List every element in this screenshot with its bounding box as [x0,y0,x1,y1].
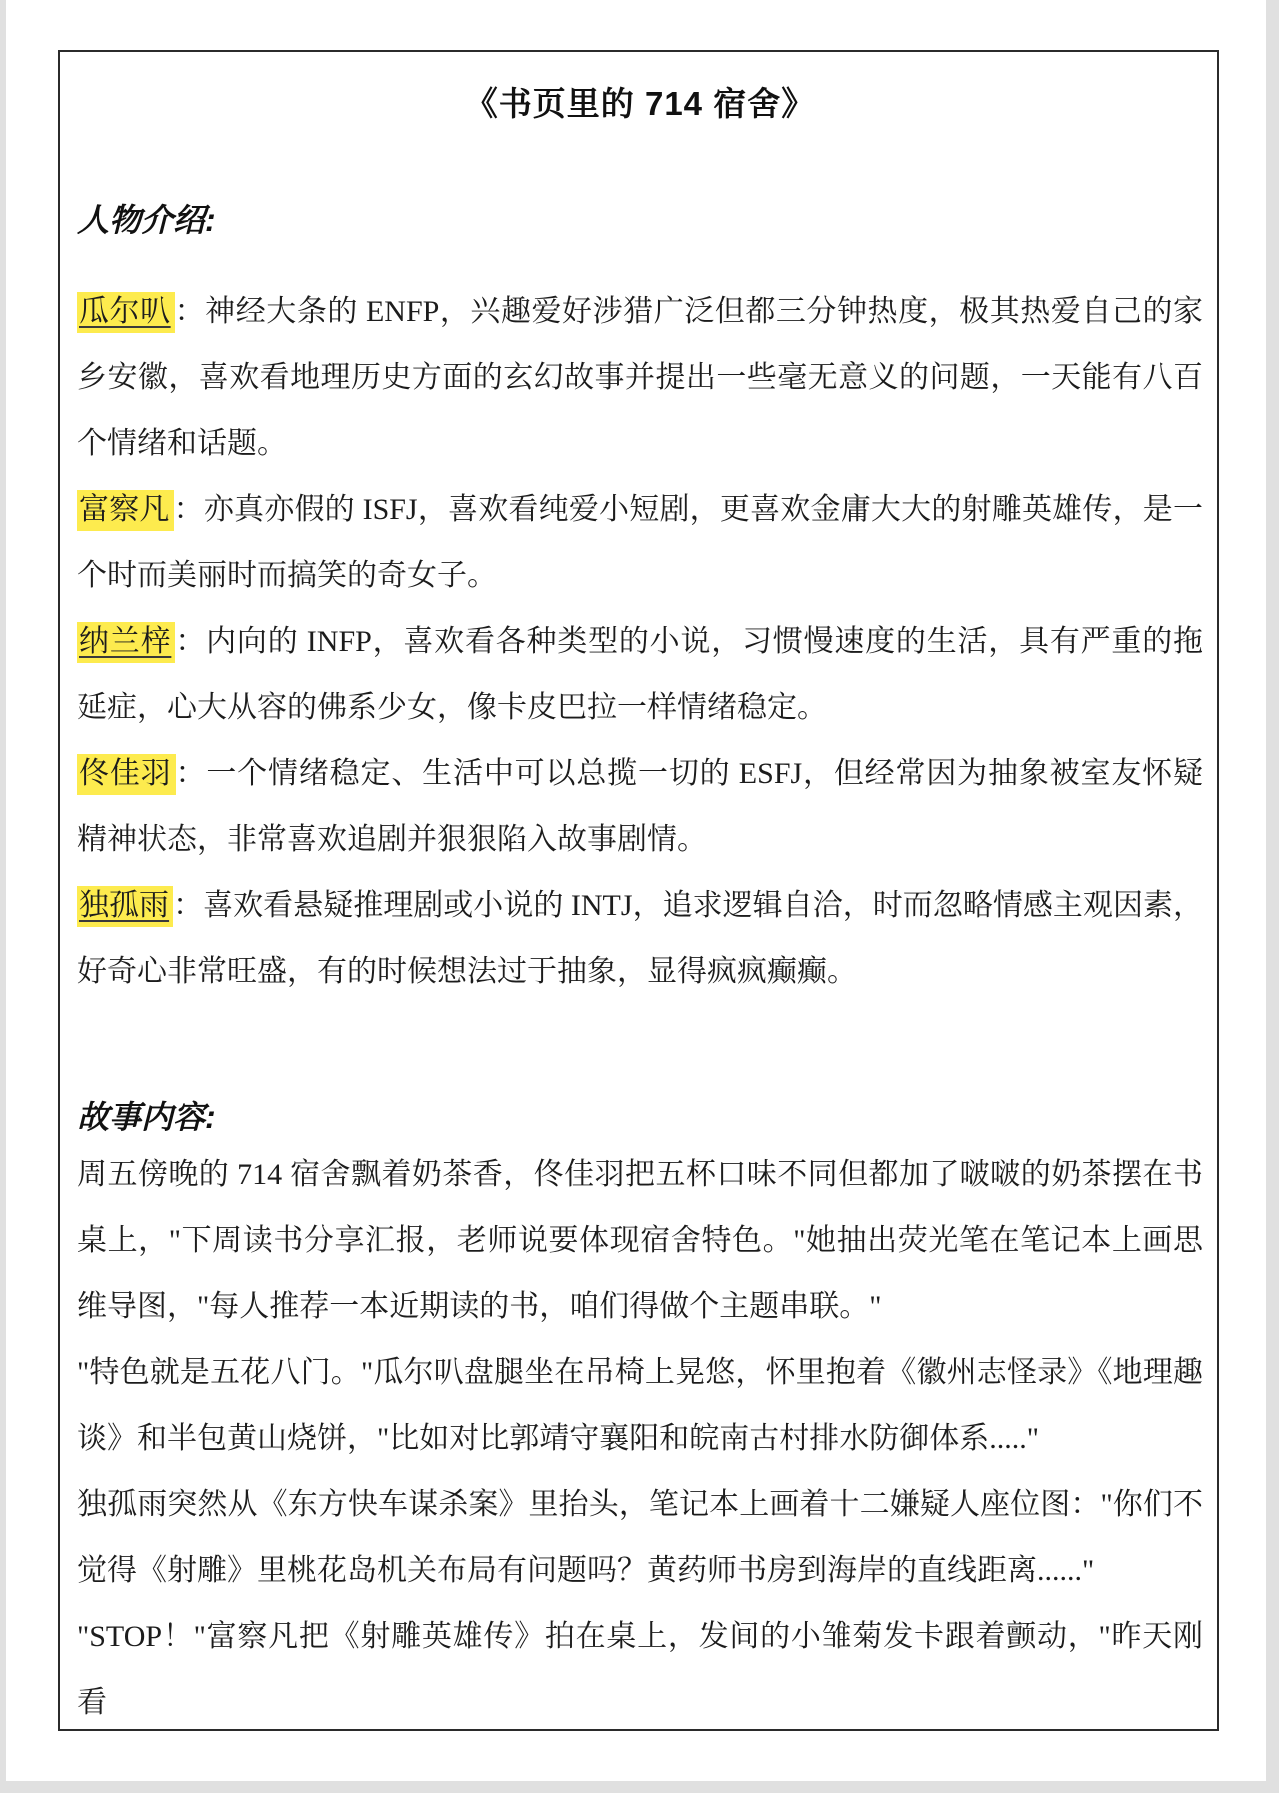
section-heading-characters: 人物介绍: [77,200,1203,240]
story-paragraph: 周五傍晚的 714 宿舍飘着奶茶香，佟佳羽把五杯口味不同但都加了啵啵的奶茶摆在书… [77,1142,1203,1340]
character-name-highlight: 佟佳羽 [77,754,176,795]
character-description: ：亦真亦假的 ISFJ，喜欢看纯爱小短剧，更喜欢金庸大大的射雕英雄传，是一个时而… [77,493,1203,592]
document-title: 《书页里的 714 宿舍》 [77,82,1203,126]
section-heading-story: 故事内容: [77,1097,1203,1137]
character-description: ：喜欢看悬疑推理剧或小说的 INTJ，追求逻辑自洽，时而忽略情感主观因素，好奇心… [77,889,1203,988]
character-name-highlight: 独孤雨 [77,886,173,927]
story-paragraph: 独孤雨突然从《东方快车谋杀案》里抬头，笔记本上画着十二嫌疑人座位图："你们不觉得… [77,1472,1203,1604]
character-description: ：神经大条的 ENFP，兴趣爱好涉猎广泛但都三分钟热度，极其热爱自己的家乡安徽，… [77,295,1203,460]
story-paragraphs: 周五傍晚的 714 宿舍飘着奶茶香，佟佳羽把五杯口味不同但都加了啵啵的奶茶摆在书… [77,1142,1203,1731]
character-description: ：内向的 INFP，喜欢看各种类型的小说，习惯慢速度的生活，具有严重的拖延症，心… [77,625,1203,724]
scan-edge-right [1266,0,1279,1793]
character-description: ：一个情绪稳定、生活中可以总揽一切的 ESFJ，但经常因为抽象被室友怀疑精神状态… [77,757,1203,856]
character-entry: 瓜尔叭：神经大条的 ENFP，兴趣爱好涉猎广泛但都三分钟热度，极其热爱自己的家乡… [77,279,1203,477]
character-entry: 富察凡：亦真亦假的 ISFJ，喜欢看纯爱小短剧，更喜欢金庸大大的射雕英雄传，是一… [77,477,1203,609]
story-paragraph: "STOP！"富察凡把《射雕英雄传》拍在桌上，发间的小雏菊发卡跟着颤动，"昨天刚… [77,1604,1203,1731]
character-name-highlight: 纳兰梓 [77,622,175,663]
scan-edge-bottom [0,1781,1279,1793]
character-entry: 佟佳羽：一个情绪稳定、生活中可以总揽一切的 ESFJ，但经常因为抽象被室友怀疑精… [77,741,1203,873]
document-content: 《书页里的 714 宿舍》 人物介绍: 瓜尔叭：神经大条的 ENFP，兴趣爱好涉… [60,82,1217,1731]
character-entry: 纳兰梓：内向的 INFP，喜欢看各种类型的小说，习惯慢速度的生活，具有严重的拖延… [77,609,1203,741]
character-list: 瓜尔叭：神经大条的 ENFP，兴趣爱好涉猎广泛但都三分钟热度，极其热爱自己的家乡… [77,279,1203,1005]
page-border-frame: 《书页里的 714 宿舍》 人物介绍: 瓜尔叭：神经大条的 ENFP，兴趣爱好涉… [58,50,1219,1731]
character-name-highlight: 瓜尔叭 [77,292,175,333]
character-entry: 独孤雨：喜欢看悬疑推理剧或小说的 INTJ，追求逻辑自洽，时而忽略情感主观因素，… [77,873,1203,1005]
scan-edge-left [0,0,6,1793]
character-name-highlight: 富察凡 [77,490,174,531]
story-paragraph: "特色就是五花八门。"瓜尔叭盘腿坐在吊椅上晃悠，怀里抱着《徽州志怪录》《地理趣谈… [77,1340,1203,1472]
